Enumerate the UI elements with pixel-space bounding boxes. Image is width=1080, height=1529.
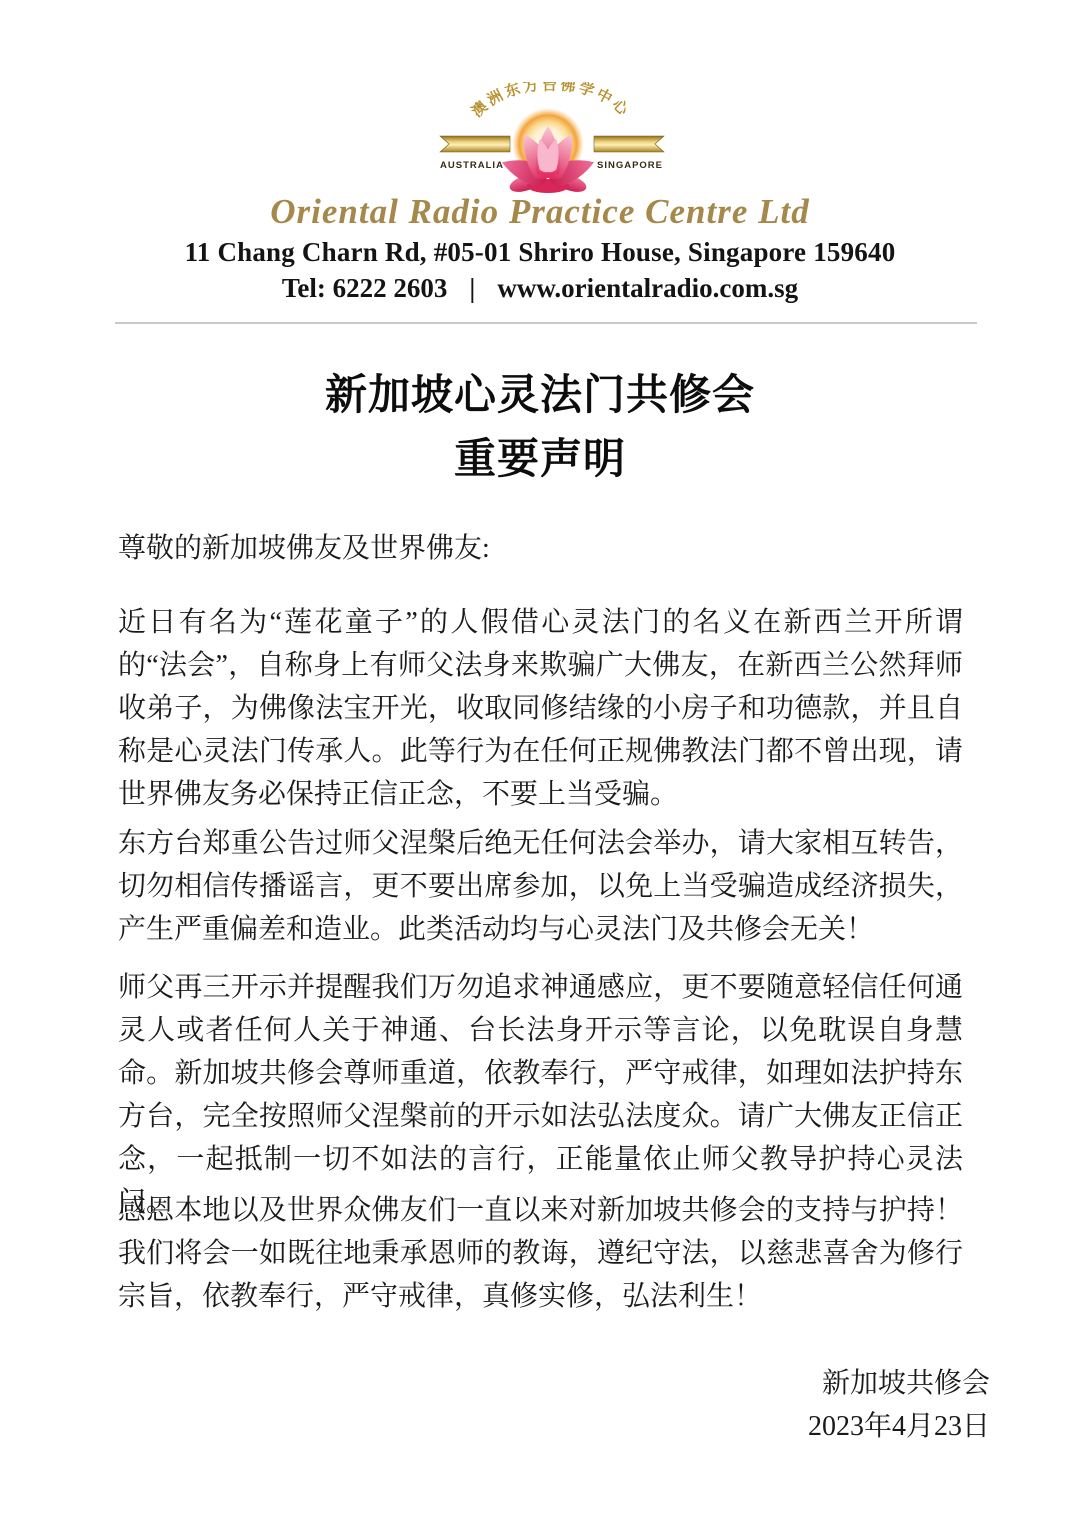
signature-block: 新加坡共修会 2023年4月23日 <box>808 1362 990 1448</box>
letter-paragraph-1: 近日有名为“莲花童子”的人假借心灵法门的名义在新西兰开所谓的“法会”，自称身上有… <box>118 601 963 816</box>
org-name: Oriental Radio Practice Centre Ltd <box>0 192 1080 232</box>
banner-label-australia: AUSTRALIA <box>440 160 504 171</box>
letterhead-divider <box>115 322 977 324</box>
statement-title-line2: 重要声明 <box>0 426 1080 486</box>
org-contact: Tel: 6222 2603 | www.orientalradio.com.s… <box>0 273 1080 304</box>
banner-label-singapore: SINGAPORE <box>597 160 663 171</box>
ribbon-right-icon <box>594 136 664 152</box>
org-website: www.orientalradio.com.sg <box>497 273 798 304</box>
letter-paragraph-4: 感恩本地以及世界众佛友们一直以来对新加坡共修会的支持与护持！我们将会一如既往地秉… <box>118 1189 963 1318</box>
statement-letter-page: 澳洲东方台佛学中心 AUSTRALIA SINGAPORE <box>0 0 1080 1529</box>
ribbon-left-icon <box>440 136 510 152</box>
statement-title-line1: 新加坡心灵法门共修会 <box>0 362 1080 422</box>
org-logo: 澳洲东方台佛学中心 AUSTRALIA SINGAPORE <box>436 82 668 204</box>
org-address: 11 Chang Charn Rd, #05-01 Shriro House, … <box>0 237 1080 268</box>
letter-greeting: 尊敬的新加坡佛友及世界佛友: <box>118 527 963 570</box>
org-phone: Tel: 6222 2603 <box>282 273 448 304</box>
signature-name: 新加坡共修会 <box>808 1362 990 1405</box>
letter-paragraph-3: 师父再三开示并提醒我们万勿追求神通感应，更不要随意轻信任何通灵人或者任何人关于神… <box>118 966 963 1224</box>
letter-paragraph-2: 东方台郑重公告过师父涅槃后绝无任何法会举办，请大家相互转告，切勿相信传播谣言，更… <box>118 822 963 951</box>
signature-date: 2023年4月23日 <box>808 1405 990 1448</box>
contact-separator: | <box>469 273 475 304</box>
